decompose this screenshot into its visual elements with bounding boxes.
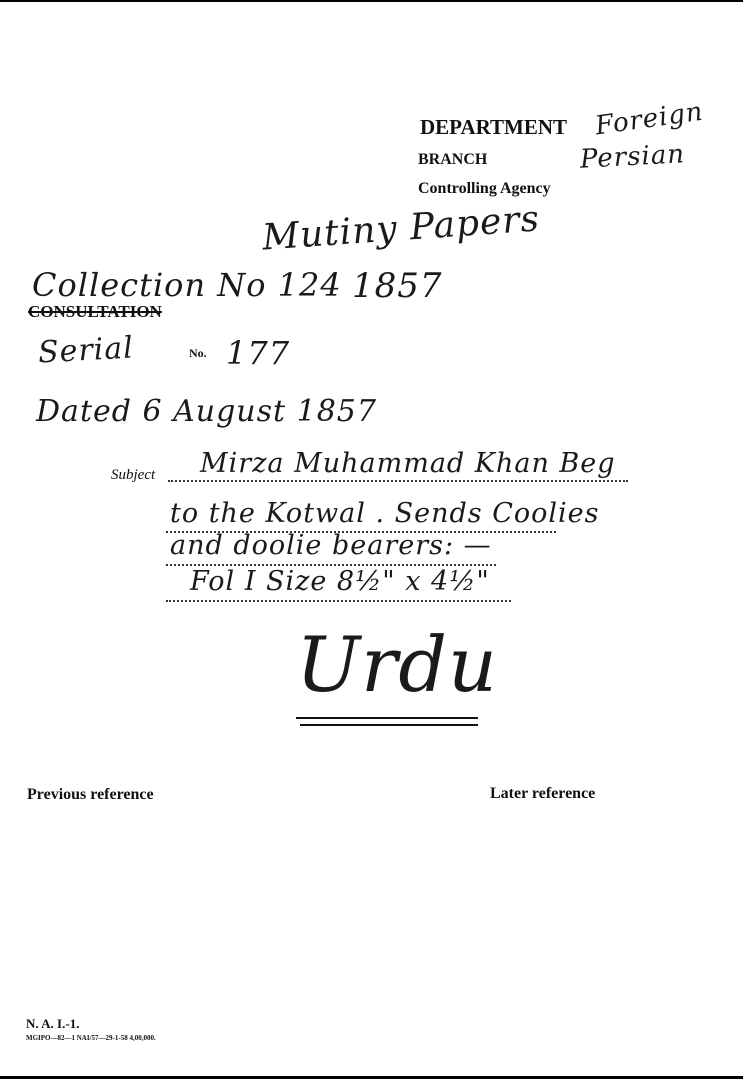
title-annotation: Mutiny Papers [261,198,541,258]
branch-value: Persian [579,139,685,174]
subject-line-3: and doolie bearers: — [170,530,492,561]
consultation-label: CONSULTATION [28,302,162,322]
dated-line: Dated 6 August 1857 [36,394,377,429]
top-border-rule [0,0,743,2]
controlling-agency-label: Controlling Agency [418,180,551,198]
language-annotation: Urdu [296,620,498,709]
subject-line-4-dots [166,600,511,602]
serial-label: Serial [37,331,134,371]
subject-line-1: Mirza Muhammad Khan Beg [200,448,616,479]
later-reference-label: Later reference [490,785,595,803]
collection-year: 1857 [352,266,443,306]
subject-line-2: to the Kotwal . Sends Coolies [170,498,600,529]
collection-number: Collection No 124 [32,266,342,304]
branch-label: BRANCH [418,151,487,169]
subject-line-1-dots [168,480,628,482]
language-underline [296,717,478,719]
serial-no-label: No. [189,346,207,361]
form-code: N. A. I.-1. [26,1016,79,1032]
serial-number: 177 [226,334,290,372]
print-code: MGIPO—82—1 NAI/57—29-1-58 4,00,000. [26,1034,156,1042]
previous-reference-label: Previous reference [27,786,154,804]
language-underline-second [300,724,478,726]
subject-label: Subject [111,467,155,484]
subject-line-4: Fol I Size 8½" x 4½" [190,566,490,597]
department-label: DEPARTMENT [420,115,567,140]
department-value: Foreign [593,97,705,142]
